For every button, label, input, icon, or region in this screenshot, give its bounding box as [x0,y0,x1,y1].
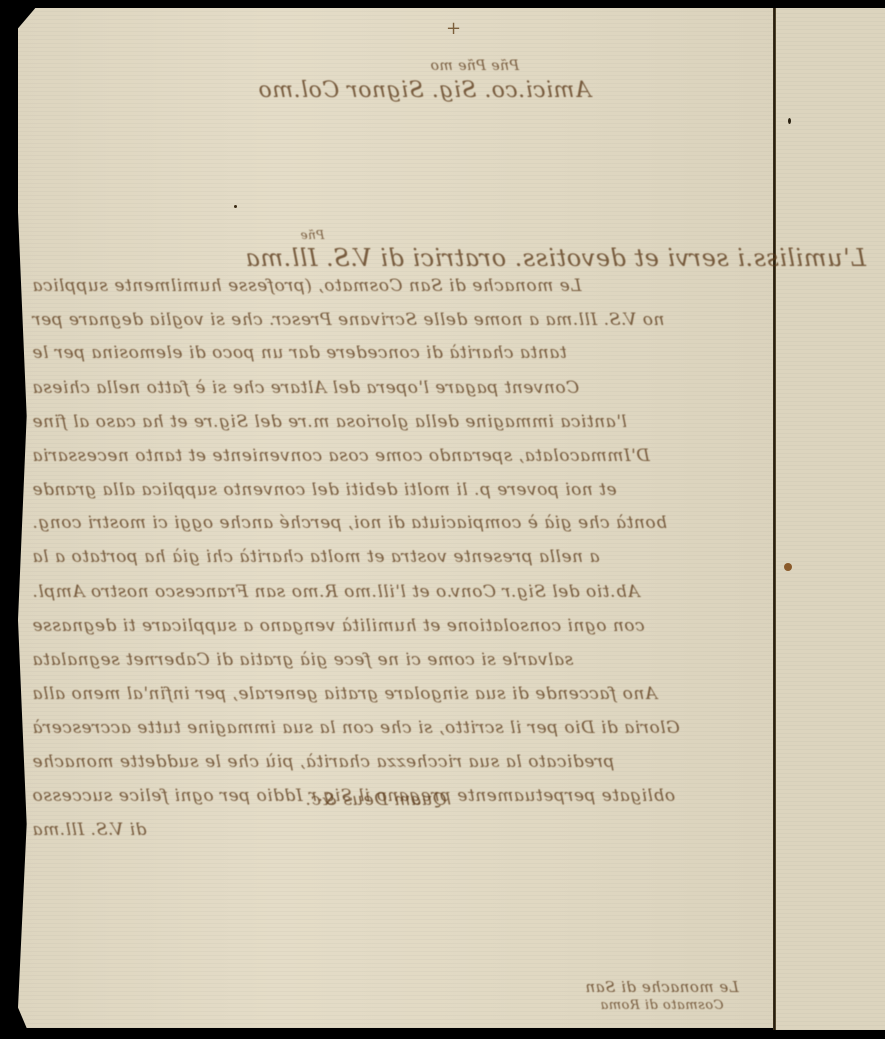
body-line: no V.S. Ill.ma a nome delle Scrivane Pre… [32,310,664,330]
heading-line: Amici.co. Sig. Signor Col.mo [258,78,591,103]
facing-page [776,8,885,1030]
signature-line-1: Le monache di San [585,978,739,996]
page-fold-crease [773,8,776,1030]
body-line: Convent pagare l'opera del Altare che si… [32,378,579,398]
body-line: con ogni consolatione et humilità vengan… [32,616,645,636]
ink-stain [784,563,792,571]
body-line: Ab.tio del Sig.r Conv.o et l'ill.mo R.mo… [32,582,640,602]
body-line: predicato la sua ricchezza charità, più … [32,752,614,772]
body-line: et noi povere p. li molti debiti del con… [32,480,617,500]
body-line: l'antica immagine della gloriosa m.re de… [32,412,627,432]
closing-formula: Quam Deus &c. [305,790,447,810]
body-line: bontà che già è compiaciuta di noi, perc… [32,513,667,533]
heading-superscript: Pñe Pñe mo [430,58,519,74]
body-line: di V.S. Ill.ma [32,820,147,840]
ink-dot [788,118,791,124]
body-line: L'umiliss.i servi et devotiss. oratrici … [245,244,866,272]
body-line: tanta charità di concedere dar un poco d… [32,343,567,363]
body-line: Le monache di San Cosmato, (professe hum… [32,276,582,296]
body-line: salvarle si come ci ne fece già gratia d… [32,650,573,670]
ink-dot [234,205,237,208]
cross-mark: + [446,18,461,39]
body-line: a nella presente vostra et molta charità… [32,547,600,567]
body-line: Ano faccende di sua singolare gratia gen… [32,684,657,704]
body-line: Gloria di Dio per il scritto, si che con… [32,718,680,738]
body-line: D'Immacolata, sperando come cosa conveni… [32,446,650,466]
salutation-marker: Pñe [300,228,324,242]
signature-line-2: Cosmato di Roma [600,998,724,1013]
